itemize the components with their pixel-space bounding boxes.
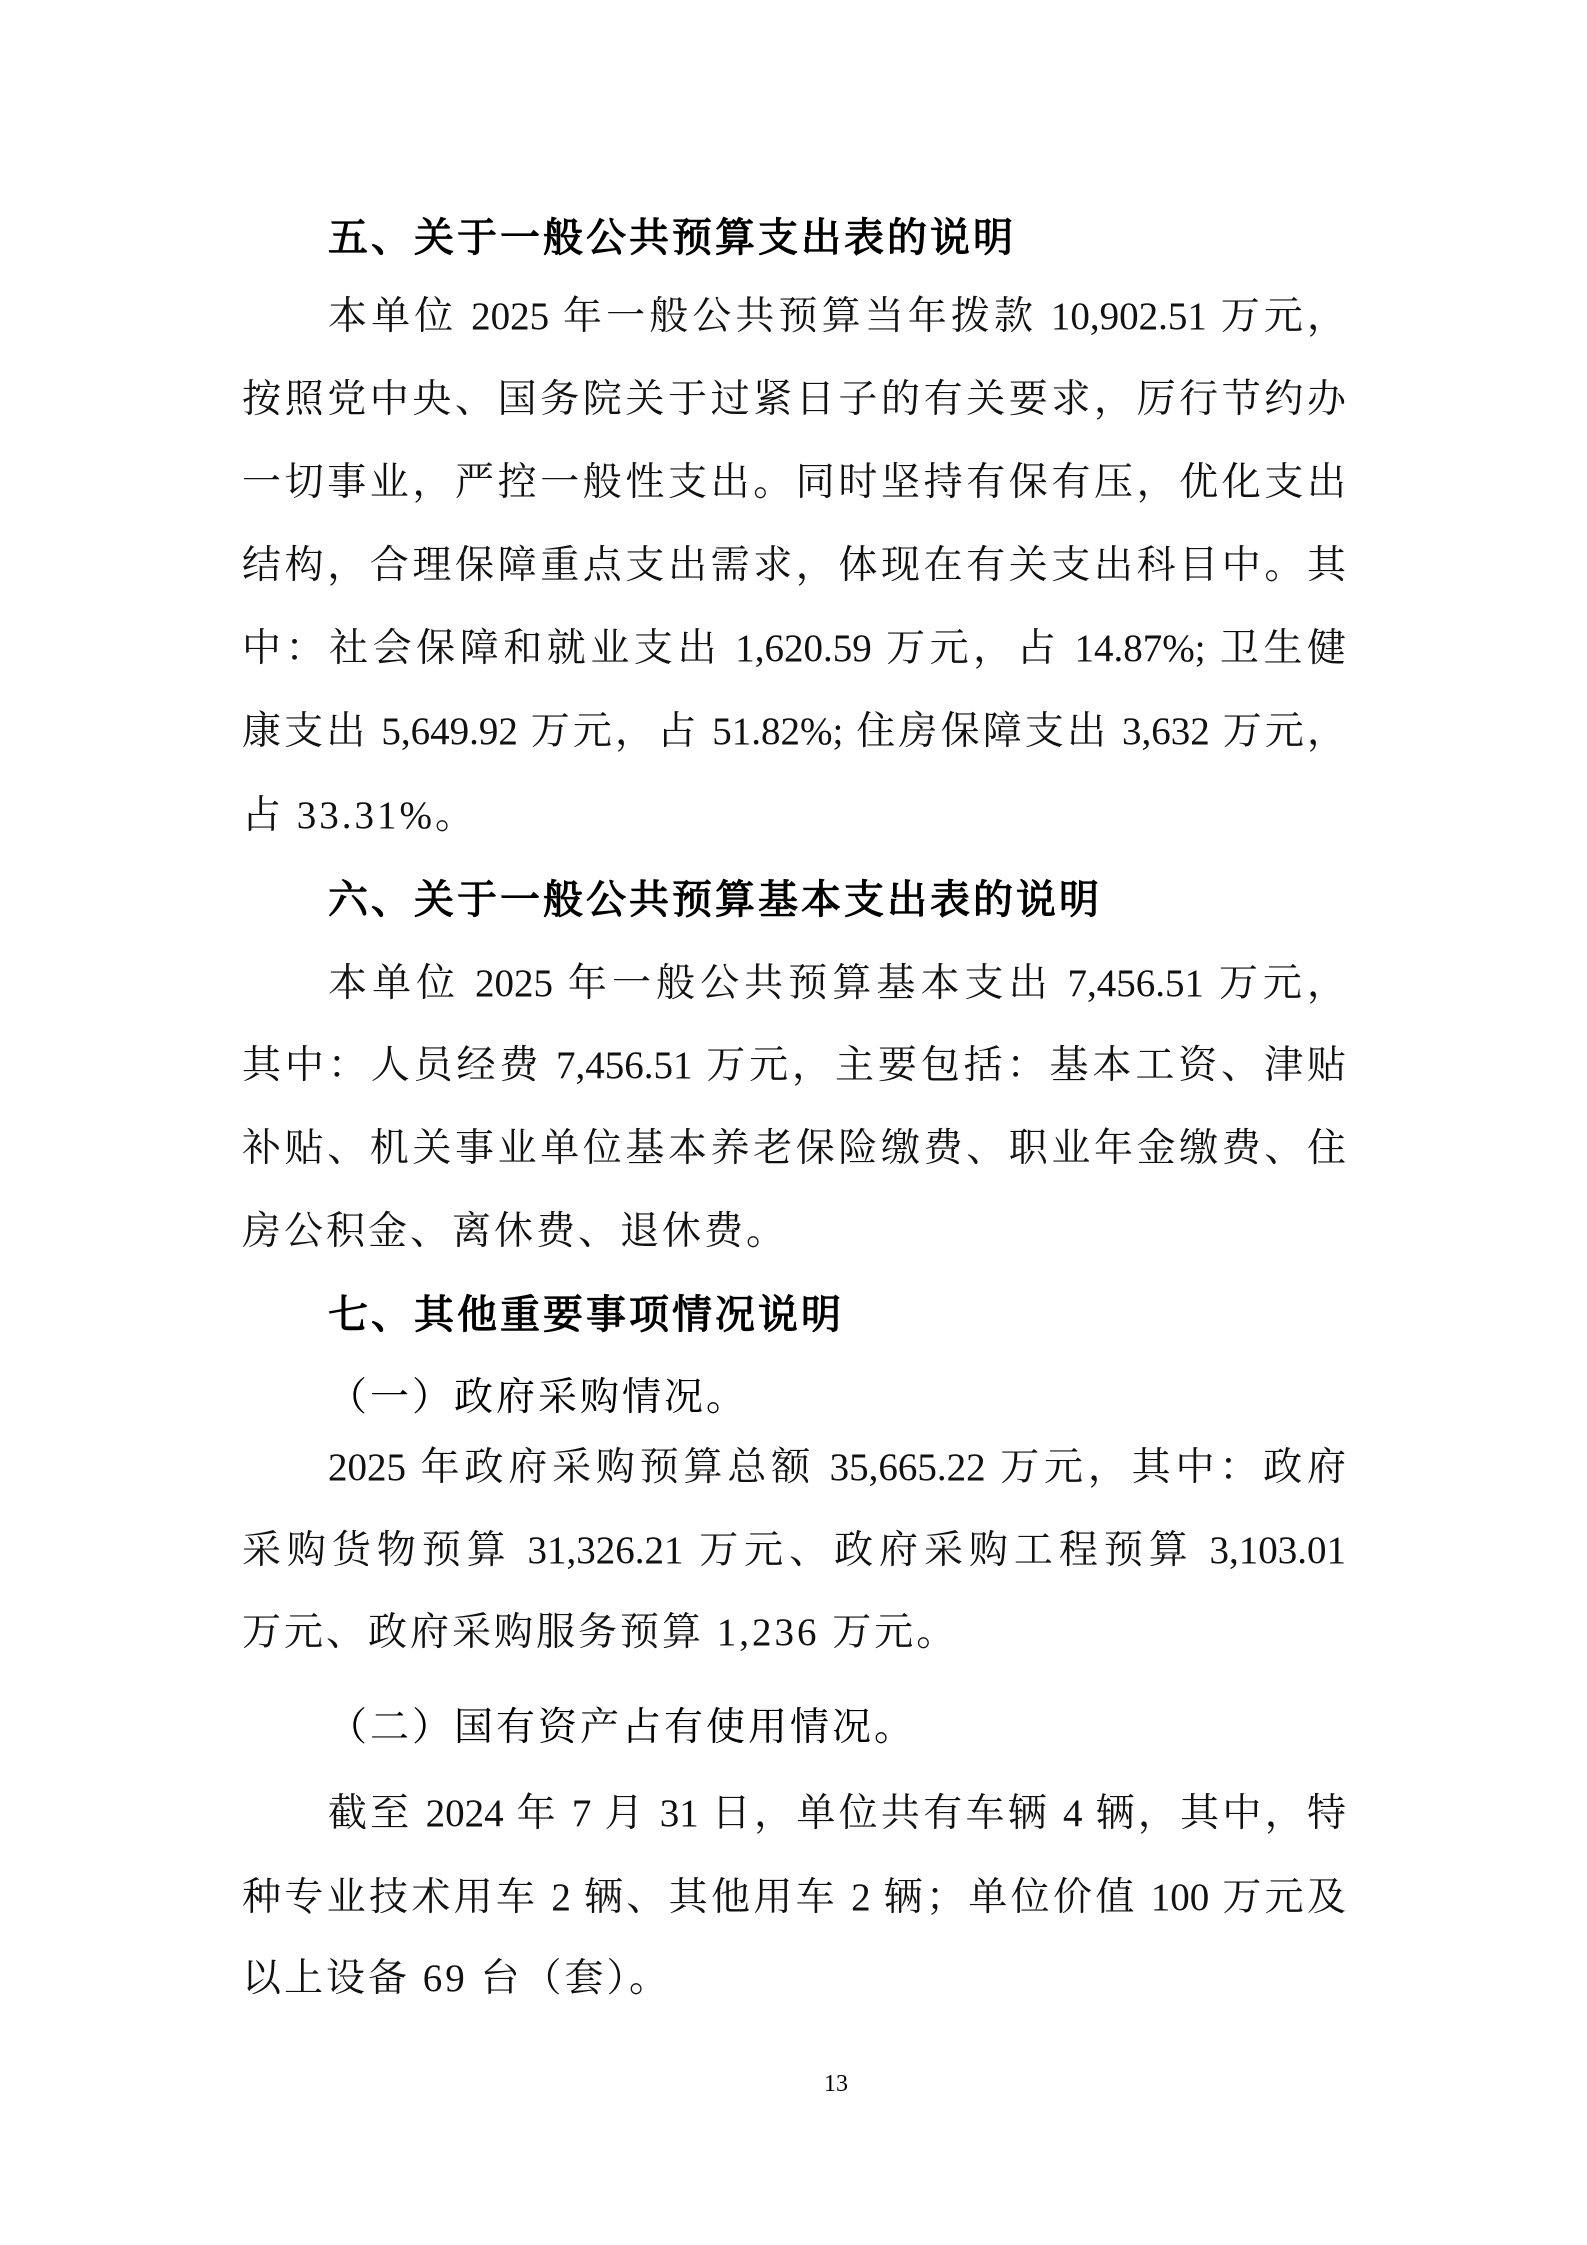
- section-heading-6: 六、关于一般公共预算基本支出表的说明: [328, 878, 1346, 922]
- paragraph-line: 2025 年政府采购预算总额 35,665.22 万元，其中：政府: [328, 1446, 1346, 1490]
- subsection-title-procurement: （一）政府采购情况。: [328, 1376, 1346, 1420]
- section-heading-5: 五、关于一般公共预算支出表的说明: [328, 216, 1346, 260]
- paragraph-line: 中：社会保障和就业支出 1,620.59 万元，占 14.87%; 卫生健: [242, 627, 1346, 671]
- paragraph-line: 占 33.31%。: [242, 794, 1346, 838]
- paragraph-line: 房公积金、离休费、退休费。: [242, 1210, 1346, 1254]
- paragraph-line: 一切事业，严控一般性支出。同时坚持有保有压，优化支出: [242, 461, 1346, 505]
- document-page: 五、关于一般公共预算支出表的说明 本单位 2025 年一般公共预算当年拨款 10…: [0, 0, 1587, 2245]
- paragraph-line: 其中：人员经费 7,456.51 万元，主要包括：基本工资、津贴: [242, 1044, 1346, 1088]
- subsection-title-state-assets: （二）国有资产占有使用情况。: [328, 1706, 1346, 1750]
- paragraph-line: 本单位 2025 年一般公共预算当年拨款 10,902.51 万元，: [328, 295, 1346, 339]
- page-number: 13: [786, 2070, 886, 2098]
- paragraph-line: 按照党中央、国务院关于过紧日子的有关要求，厉行节约办: [242, 378, 1346, 422]
- paragraph-line: 采购货物预算 31,326.21 万元、政府采购工程预算 3,103.01: [242, 1529, 1346, 1573]
- paragraph-line: 以上设备 69 台（套）。: [242, 1957, 1346, 2001]
- section-heading-7: 七、其他重要事项情况说明: [328, 1293, 1346, 1337]
- paragraph-line: 补贴、机关事业单位基本养老保险缴费、职业年金缴费、住: [242, 1127, 1346, 1171]
- paragraph-line: 截至 2024 年 7 月 31 日，单位共有车辆 4 辆，其中，特: [328, 1792, 1346, 1836]
- paragraph-line: 万元、政府采购服务预算 1,236 万元。: [242, 1611, 1346, 1655]
- paragraph-line: 种专业技术用车 2 辆、其他用车 2 辆；单位价值 100 万元及: [242, 1876, 1346, 1920]
- paragraph-line: 结构，合理保障重点支出需求，体现在有关支出科目中。其: [242, 544, 1346, 588]
- paragraph-line: 本单位 2025 年一般公共预算基本支出 7,456.51 万元，: [328, 962, 1346, 1006]
- paragraph-line: 康支出 5,649.92 万元，占 51.82%; 住房保障支出 3,632 万…: [242, 710, 1346, 754]
